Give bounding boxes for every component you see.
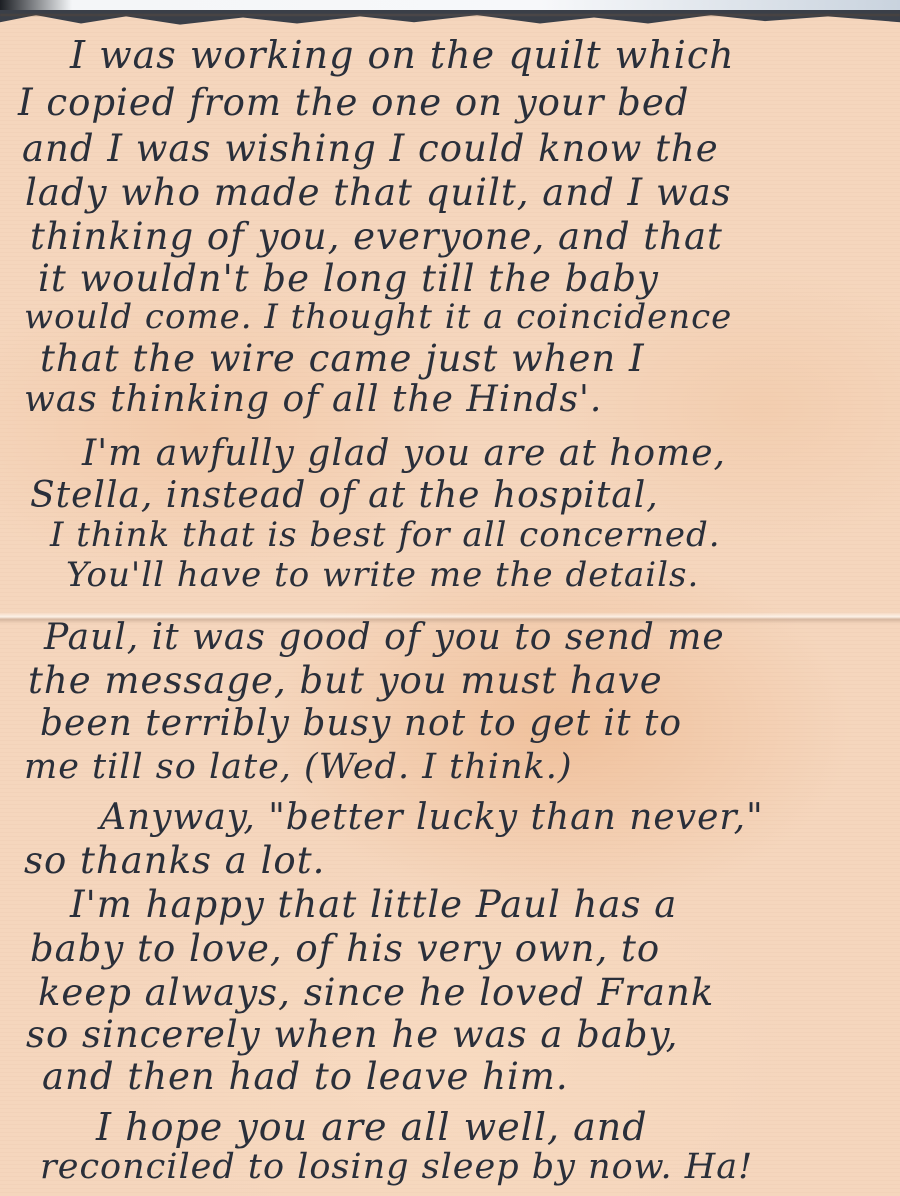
letter-line: I copied from the one on your bed [18,84,689,121]
letter-line: I'm awfully glad you are at home, [82,436,726,472]
letter-line: You'll have to write me the details. [66,558,699,592]
letter-line: been terribly busy not to get it to [40,706,682,742]
letter-line: I'm happy that little Paul has a [70,886,677,923]
letter-line: I hope you are all well, and [96,1108,648,1146]
letter-line: baby to love, of his very own, to [30,930,660,967]
letter-line: me till so late, (Wed. I think.) [24,750,572,785]
letter-line: it wouldn't be long till the baby [38,260,659,297]
letter-line: reconciled to losing sleep by now. Ha! [40,1150,753,1185]
letter-line: and I was wishing I could know the [22,130,719,167]
letter-line: I was working on the quilt which [70,36,735,74]
letter-line: keep always, since he loved Frank [38,974,714,1011]
handwritten-letter: I was working on the quilt which I copie… [0,0,900,1196]
letter-line: the message, but you must have [28,662,663,699]
letter-line: I think that is best for all concerned. [50,518,721,552]
letter-line: thinking of you, everyone, and that [30,218,723,255]
letter-line: Stella, instead of at the hospital, [30,478,659,514]
letter-line: was thinking of all the Hinds'. [24,382,602,418]
letter-line: that the wire came just when I [40,340,645,377]
letter-line: and then had to leave him. [42,1058,569,1095]
letter-line: would come. I thought it a coincidence [24,300,732,334]
letter-line: so sincerely when he was a baby, [26,1016,678,1053]
letter-line: Anyway, "better lucky than never," [100,800,764,836]
letter-line: so thanks a lot. [24,842,325,879]
letter-line: lady who made that quilt, and I was [25,174,732,211]
letter-line: Paul, it was good of you to send me [44,620,725,656]
